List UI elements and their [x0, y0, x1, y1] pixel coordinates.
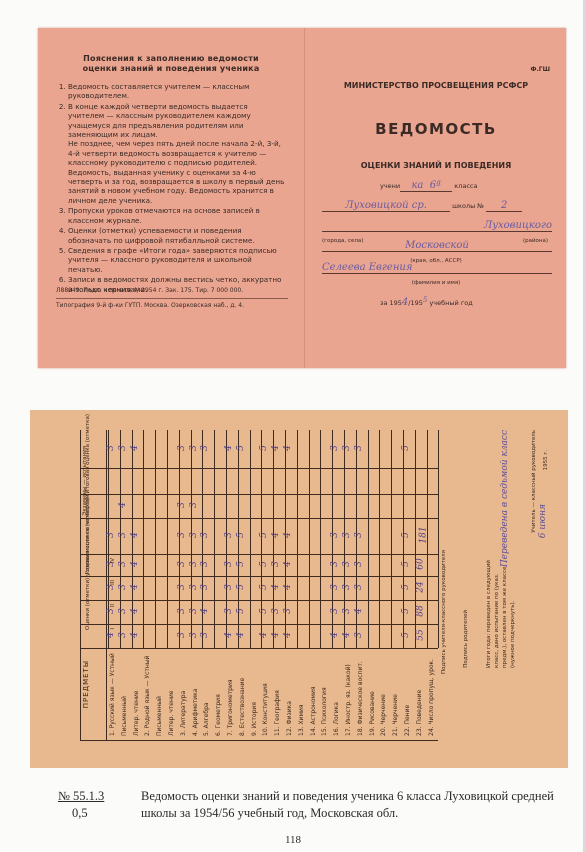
subject-label: 18. Физическое воспит. [357, 652, 364, 736]
school-line: Луховицкой ср. школы № 2 [322, 200, 522, 212]
subject-label: 7. Тригонометрия [227, 652, 234, 736]
grade-cell: 3 [188, 561, 198, 567]
grade-cell: 4 [271, 584, 281, 590]
catalog-number: № 55.1.3 [58, 788, 126, 805]
grid-line [379, 430, 380, 648]
subject-label: 23. Поведение [416, 652, 423, 736]
grid-line [179, 430, 180, 648]
grade-cell: 4 [106, 632, 116, 638]
region-line: Московской [322, 240, 552, 252]
grade-cell: 3 [200, 632, 210, 638]
grade-cell: 3 [330, 608, 340, 614]
grade-cell: 5 [401, 532, 411, 538]
grid-line [202, 430, 203, 648]
grid-line [80, 430, 81, 740]
grade-cell: 5 [236, 445, 246, 451]
quarter-label: III [110, 580, 116, 585]
parent-signature-label: Подпись родителей [462, 610, 470, 668]
grade-cell: 3 [354, 532, 364, 538]
grade-cell: 3 [118, 584, 128, 590]
page-number: 118 [0, 834, 586, 846]
grade-cell: 3 [200, 532, 210, 538]
document-title: ВЕДОМОСТЬ [318, 120, 554, 138]
grade-cell: 3 [188, 532, 198, 538]
grade-cell: 3 [354, 445, 364, 451]
grid-line [226, 430, 227, 648]
instructions-title: Пояснения к заполнению ведомости оценки … [56, 54, 286, 74]
grade-cell: 4 [283, 532, 293, 538]
grade-cell: 5 [236, 584, 246, 590]
grid-line [80, 740, 438, 741]
grade-cell: 3 [200, 445, 210, 451]
grade-cell: 3 [271, 561, 281, 567]
grade-cell: 4 [283, 561, 293, 567]
subjects-header: ПРЕДМЕТЫ [82, 660, 90, 708]
grade-cell: 88 [416, 605, 426, 616]
grade-cell: 4 [259, 632, 269, 638]
grade-cell: 4 [129, 632, 139, 638]
grade-cell: 4 [129, 561, 139, 567]
grid-line [191, 430, 192, 648]
grade-cell: 3 [342, 561, 352, 567]
grade-cell: 3 [330, 445, 340, 451]
subject-label: 15. Психология [321, 652, 328, 736]
grade-cell: 4 [200, 608, 210, 614]
grade-cell: 4 [354, 608, 364, 614]
grade-cell: 5 [259, 532, 269, 538]
grade-cell: 3 [188, 584, 198, 590]
grade-cell: 3 [118, 532, 128, 538]
grade-cell: 5 [401, 561, 411, 567]
grid-line [309, 430, 310, 648]
subject-label: 21. Черчение [392, 652, 399, 736]
grid-line [261, 430, 262, 648]
report-card-cover: Пояснения к заполнению ведомости оценки … [38, 28, 566, 368]
grade-cell: 5 [401, 632, 411, 638]
grade-cell: 5 [259, 445, 269, 451]
instruction-item: В конце каждой четверти ведомость выдает… [68, 102, 286, 205]
subject-label: 4. Арифметика [192, 652, 199, 736]
grade-cell: 4 [236, 632, 246, 638]
grade-cell: 3 [188, 502, 198, 508]
document-subtitle: ОЦЕНКИ ЗНАНИЙ И ПОВЕДЕНИЯ [318, 161, 554, 170]
grade-cell: 5 [259, 608, 269, 614]
grid-line [80, 554, 438, 555]
grade-cell: 3 [200, 584, 210, 590]
grade-cell: 3 [188, 632, 198, 638]
grade-cell: 3 [106, 584, 116, 590]
grade-cell: 5 [236, 561, 246, 567]
caption-text: Ведомость оценки знаний и поведения учен… [141, 788, 581, 822]
grade-cell: 3 [224, 608, 234, 614]
grid-line [273, 430, 274, 648]
grade-cell: 4 [129, 532, 139, 538]
imprint: Л88049. Подп. к печати 4/-1954 г. Зак. 1… [56, 284, 288, 313]
form-code: Ф.ГШ [531, 66, 550, 73]
grade-cell: 3 [188, 608, 198, 614]
grade-cell: 4 [129, 445, 139, 451]
grade-cell: 3 [342, 608, 352, 614]
grade-cell: 5 [401, 608, 411, 614]
school-year-line: за 1954/1955 учебный год [380, 296, 473, 308]
subject-label: 5. Алгебра [203, 652, 210, 736]
subject-label: 10. Конституция [262, 652, 269, 736]
grade-cell: 3 [330, 561, 340, 567]
grade-cell: 4 [283, 584, 293, 590]
grid-line [80, 494, 438, 495]
grade-cell: 5 [259, 561, 269, 567]
grid-line [132, 430, 133, 648]
grade-cell: 4 [271, 445, 281, 451]
grid-line [344, 430, 345, 648]
quarter-label: I [110, 628, 116, 630]
grid-line [332, 430, 333, 648]
grade-cell: 4 [283, 632, 293, 638]
instructions-page: Пояснения к заполнению ведомости оценки … [56, 54, 286, 295]
quarter-label: IV [110, 558, 116, 563]
date-handwritten: 6 июня [538, 504, 548, 538]
quarter-label: II [110, 604, 116, 607]
grade-cell: 4 [224, 632, 234, 638]
grade-cell: 3 [354, 632, 364, 638]
instruction-item: Ведомость составляется учителем — классн… [68, 82, 286, 101]
subject-label: 20. Черчение [380, 652, 387, 736]
subject-label: Литер. чтение [133, 652, 140, 736]
subject-label: 1. Русский язык — Устный [109, 652, 116, 736]
grade-cell: 3 [188, 445, 198, 451]
subject-label: 24. Число пропущ. урок. [428, 652, 435, 736]
teacher-signature-label: Подпись учителя-классного руководителя [440, 550, 448, 674]
grid-line [120, 430, 121, 648]
grade-cell: 3 [177, 608, 187, 614]
grade-cell: 60 [416, 558, 426, 569]
grade-cell: 3 [177, 632, 187, 638]
final-header: Итоговая оценка (отметка) [85, 414, 91, 493]
grade-cell: 5 [259, 584, 269, 590]
grade-cell: 5 [236, 608, 246, 614]
grade-cell: 3 [354, 584, 364, 590]
grade-cell: 4 [271, 532, 281, 538]
grade-cell: 3 [177, 445, 187, 451]
subject-label: 19. Рисование [369, 652, 376, 736]
grade-cell: 4 [283, 445, 293, 451]
subject-label: 16. Логика [333, 652, 340, 736]
grid-line [167, 430, 168, 648]
grade-cell: 3 [177, 532, 187, 538]
subject-label: 11. География [274, 652, 281, 736]
grade-cell: 3 [177, 502, 187, 508]
grade-cell: 3 [118, 561, 128, 567]
grade-cell: 3 [354, 561, 364, 567]
grid-line [214, 430, 215, 648]
grid-line [391, 430, 392, 648]
grid-line [320, 430, 321, 648]
grade-cell: 4 [129, 608, 139, 614]
grade-cell: 3 [177, 561, 187, 567]
grade-cell: 3 [342, 584, 352, 590]
fold-line [304, 28, 305, 368]
grade-cell: 4 [129, 584, 139, 590]
ministry-heading: МИНИСТЕРСТВО ПРОСВЕЩЕНИЯ РСФСР [318, 81, 554, 90]
grade-cell: 24 [416, 581, 426, 592]
grade-cell: 5 [236, 532, 246, 538]
subject-label: Письменный [121, 652, 128, 736]
grid-line [108, 430, 109, 648]
teacher-label: Учитель — классный руководитель [530, 430, 538, 533]
instruction-item: Пропуски уроков отмечаются на основе зап… [68, 206, 286, 225]
grade-cell: 3 [118, 445, 128, 451]
grade-cell: 3 [283, 608, 293, 614]
grade-cell: 3 [330, 532, 340, 538]
grade-cell: 4 [118, 502, 128, 508]
subject-label: 2. Родной язык — Устный [144, 652, 151, 736]
grades-sheet: 1. Русский язык — Устный333334Письменный… [30, 410, 568, 768]
grid-line [80, 468, 438, 469]
grade-cell: 4 [271, 632, 281, 638]
instruction-item: Сведения в графе «Итоги года» заверяются… [68, 246, 286, 274]
grade-cell: 181 [418, 526, 428, 543]
grade-cell: 4 [224, 445, 234, 451]
grid-line [143, 430, 144, 648]
pupil-class-line: ученика 6ª класса [380, 180, 477, 192]
grid-line [80, 648, 438, 649]
year-printed: 1955 г. [542, 450, 550, 470]
catalog-size: 0,5 [72, 805, 88, 822]
subject-label: Письменный [156, 652, 163, 736]
subject-label: 22. Пение [404, 652, 411, 736]
grade-cell: 3 [106, 532, 116, 538]
grid-line [403, 430, 404, 648]
grade-cell: 3 [342, 532, 352, 538]
grade-cell: 4 [330, 632, 340, 638]
grade-cell: 3 [224, 561, 234, 567]
grade-cell: 55 [416, 629, 426, 640]
grid-line [80, 600, 438, 601]
subject-label: Литер. чтение [168, 652, 175, 736]
grade-cell: 3 [224, 532, 234, 538]
grade-cell: 3 [200, 561, 210, 567]
title-page: Ф.ГШ МИНИСТЕРСТВО ПРОСВЕЩЕНИЯ РСФСР ВЕДО… [318, 28, 554, 368]
grid-line [155, 430, 156, 648]
subject-label: 3. Литература [180, 652, 187, 736]
grade-cell: 4 [342, 632, 352, 638]
grid-line [297, 430, 298, 648]
grid-line [356, 430, 357, 648]
subject-label: 14. Астрономия [310, 652, 317, 736]
subject-label: 6. Геометрия [215, 652, 222, 736]
grade-cell: 3 [342, 445, 352, 451]
grade-cell: 3 [330, 584, 340, 590]
subject-label: 17. Иностр. яз. (какой) [345, 652, 352, 736]
grid-line [368, 430, 369, 648]
subject-label: 13. Химия [298, 652, 305, 736]
grade-cell: 5 [401, 584, 411, 590]
grade-cell: 5 [401, 445, 411, 451]
subject-label: 8. Естествознание [239, 652, 246, 736]
grade-cell: 3 [177, 584, 187, 590]
grid-line [250, 430, 251, 648]
grade-cell: 3 [118, 632, 128, 638]
grade-cell: 3 [106, 445, 116, 451]
grid-line [80, 624, 438, 625]
instructions-list: Ведомость составляется учителем — классн… [56, 82, 286, 294]
subject-label: 9. История [251, 652, 258, 736]
grade-cell: 3 [224, 584, 234, 590]
name-line: Селеева Евгения [322, 262, 552, 274]
instruction-item: Оценки (отметки) успеваемости и поведени… [68, 226, 286, 245]
subject-label: 12. Физика [286, 652, 293, 736]
grade-cell: 3 [271, 608, 281, 614]
result-note: Итоги года: переведен в следующий класс,… [485, 558, 525, 668]
grid-line [80, 576, 438, 577]
result-handwritten: Переведена в седьмой класс [500, 430, 510, 567]
grid-line [285, 430, 286, 648]
grade-cell: 3 [106, 608, 116, 614]
grid-line [80, 518, 438, 519]
grid-line [238, 430, 239, 648]
grade-cell: 3 [118, 608, 128, 614]
district-line: Луховицкого [322, 220, 552, 232]
